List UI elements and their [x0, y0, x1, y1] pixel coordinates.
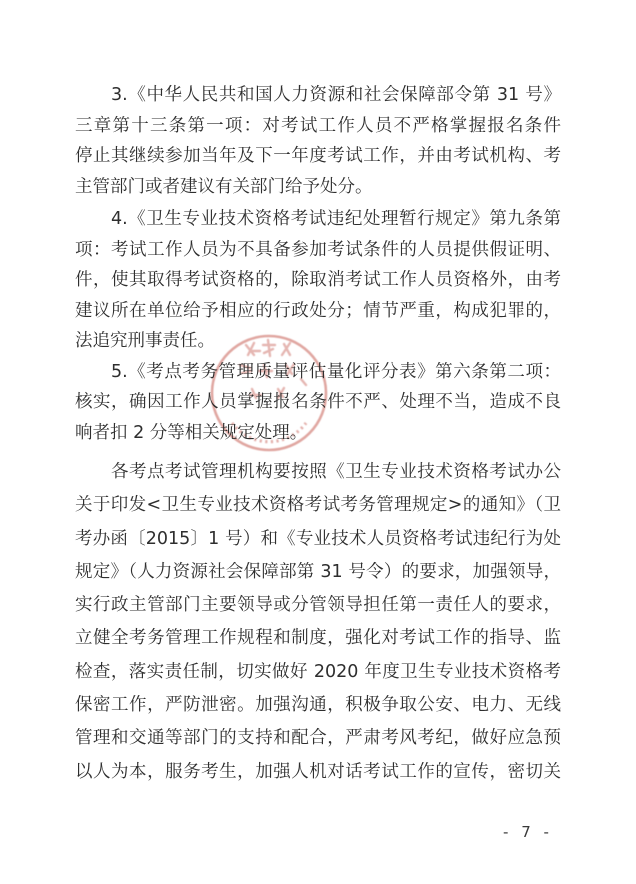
text-line: 4.《卫生专业技术资格考试违纪处理暂行规定》第九条第二: [75, 204, 561, 235]
text-line: 建议所在单位给予相应的行政处分；情节严重，构成犯罪的，依: [75, 296, 561, 327]
text-line: 三章第十三条第一项：对考试工作人员不严格掌握报名条件的，: [75, 111, 561, 142]
text-line: 响者扣 2 分等相关规定处理。: [75, 418, 561, 449]
text-line: 核实，确因工作人员掌握报名条件不严、处理不当，造成不良影: [75, 387, 561, 418]
paragraph-item-4: 4.《卫生专业技术资格考试违纪处理暂行规定》第九条第二 项：考试工作人员为不具备…: [75, 204, 561, 357]
text-line: 以人为本，服务考生，加强人机对话考试工作的宣传，密切关注: [75, 756, 561, 789]
page-number: - 7 -: [468, 823, 588, 841]
text-line: 关于印发<卫生专业技术资格考试考务管理规定>的通知》（卫: [75, 489, 561, 522]
text-line: 考办函〔2015〕1 号）和《专业技术人员资格考试违纪行为处理: [75, 523, 561, 556]
text-line: 件，使其取得考试资格的，除取消考试工作人员资格外，由考点: [75, 265, 561, 296]
text-line: 3.《中华人民共和国人力资源和社会保障部令第 31 号》第: [75, 80, 561, 111]
text-line: 法追究刑事责任。: [75, 326, 561, 357]
paragraph-item-3: 3.《中华人民共和国人力资源和社会保障部令第 31 号》第 三章第十三条第一项：…: [75, 80, 561, 202]
text-line: 项：考试工作人员为不具备参加考试条件的人员提供假证明、证: [75, 235, 561, 266]
text-line: 检查，落实责任制，切实做好 2020 年度卫生专业技术资格考试: [75, 656, 561, 689]
scanned-document-page: 3.《中华人民共和国人力资源和社会保障部令第 31 号》第 三章第十三条第一项：…: [0, 0, 636, 884]
text-line: 5.《考点考务管理质量评估量化评分表》第六条第二项：经: [75, 357, 561, 388]
text-line: 管理和交通等部门的支持和配合，严肃考风考纪，做好应急预案，: [75, 722, 561, 755]
text-line: 实行政主管部门主要领导或分管领导担任第一责任人的要求，建: [75, 589, 561, 622]
text-line: 规定》（人力资源社会保障部第 31 号令）的要求，加强领导，落: [75, 556, 561, 589]
paragraph-item-5: 5.《考点考务管理质量评估量化评分表》第六条第二项：经 核实，确因工作人员掌握报…: [75, 357, 561, 449]
text-line: 保密工作，严防泄密。加强沟通，积极争取公安、电力、无线电: [75, 689, 561, 722]
document-body: 3.《中华人民共和国人力资源和社会保障部令第 31 号》第 三章第十三条第一项：…: [75, 80, 561, 789]
text-line: 立健全考务管理工作规程和制度，强化对考试工作的指导、监督、: [75, 622, 561, 655]
text-line: 主管部门或者建议有关部门给予处分。: [75, 172, 561, 203]
text-line: 各考点考试管理机构要按照《卫生专业技术资格考试办公室: [75, 456, 561, 489]
text-line: 停止其继续参加当年及下一年度考试工作，并由考试机构、考试: [75, 141, 561, 172]
paragraph-closing: 各考点考试管理机构要按照《卫生专业技术资格考试办公室 关于印发<卫生专业技术资格…: [75, 456, 561, 789]
